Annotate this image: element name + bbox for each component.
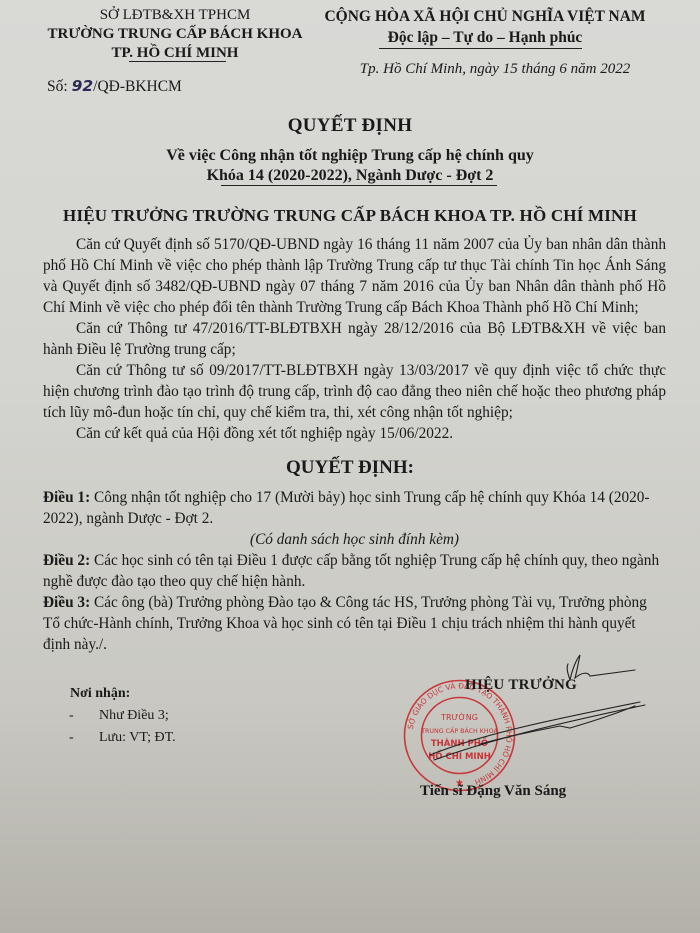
preamble: Căn cứ Quyết định số 5170/QĐ-UBND ngày 1… (43, 234, 666, 444)
preamble-paragraph: Căn cứ Thông tư số 09/2017/TT-BLĐTBXH ng… (43, 360, 666, 423)
recipient-item: -Như Điều 3; (70, 705, 176, 727)
issuing-agency-block: SỞ LĐTB&XH TPHCM TRƯỜNG TRUNG CẤP BÁCH K… (40, 6, 310, 63)
article-1: Điều 1: Công nhận tốt nghiệp cho 17 (Mườ… (43, 487, 666, 529)
article-text: Công nhận tốt nghiệp cho 17 (Mười bảy) h… (43, 489, 650, 527)
document-date: Tp. Hồ Chí Minh, ngày 15 tháng 6 năm 202… (330, 61, 660, 78)
decision-heading: QUYẾT ĐỊNH: (0, 457, 700, 479)
handwritten-signature-icon (420, 650, 650, 800)
attachment-note: (Có danh sách học sinh đính kèm) (43, 529, 666, 550)
document-number-suffix: /QĐ-BKHCM (93, 78, 182, 95)
document-number-label: Số: (47, 78, 68, 95)
agency-name: SỞ LĐTB&XH TPHCM (40, 6, 310, 25)
article-label: Điều 3: (43, 594, 90, 611)
document-subtitle: Về việc Công nhận tốt nghiệp Trung cấp h… (0, 146, 700, 186)
preamble-paragraph: Căn cứ Quyết định số 5170/QĐ-UBND ngày 1… (43, 234, 666, 318)
recipients-heading: Nơi nhận: (70, 683, 176, 705)
recipients-block: Nơi nhận: -Như Điều 3; -Lưu: VT; ĐT. (70, 683, 176, 749)
school-name-line1: TRƯỜNG TRUNG CẤP BÁCH KHOA (40, 25, 310, 44)
article-3: Điều 3: Các ông (bà) Trưởng phòng Đào tạ… (43, 592, 666, 655)
article-text: Các học sinh có tên tại Điều 1 được cấp … (43, 552, 659, 590)
preamble-paragraph: Căn cứ Thông tư 47/2016/TT-BLĐTBXH ngày … (43, 318, 666, 360)
nation-name: CỘNG HÒA XÃ HỘI CHỦ NGHĨA VIỆT NAM (320, 6, 650, 27)
document-title: QUYẾT ĐỊNH (0, 115, 700, 137)
subtitle-underline (221, 185, 497, 186)
recipient-item: -Lưu: VT; ĐT. (70, 727, 176, 749)
article-2: Điều 2: Các học sinh có tên tại Điều 1 đ… (43, 550, 666, 592)
preamble-paragraph: Căn cứ kết quả của Hội đồng xét tốt nghi… (43, 423, 666, 444)
document-number: Số: 92/QĐ-BKHCM (47, 77, 182, 96)
article-text: Các ông (bà) Trưởng phòng Đào tạo & Công… (43, 594, 647, 653)
national-header-block: CỘNG HÒA XÃ HỘI CHỦ NGHĨA VIỆT NAM Độc l… (320, 6, 650, 48)
subtitle-line2: Khóa 14 (2020-2022), Ngành Dược - Đợt 2 (0, 166, 700, 186)
article-label: Điều 2: (43, 552, 90, 569)
header-left-underline (129, 61, 226, 62)
national-motto: Độc lập – Tự do – Hạnh phúc (320, 27, 650, 48)
document-number-handwritten: 92 (72, 77, 94, 95)
subtitle-line1: Về việc Công nhận tốt nghiệp Trung cấp h… (0, 146, 700, 166)
header-right-underline (379, 48, 582, 49)
issuing-authority: HIỆU TRƯỞNG TRƯỜNG TRUNG CẤP BÁCH KHOA T… (0, 206, 700, 226)
article-label: Điều 1: (43, 489, 90, 506)
articles: Điều 1: Công nhận tốt nghiệp cho 17 (Mườ… (43, 487, 666, 655)
